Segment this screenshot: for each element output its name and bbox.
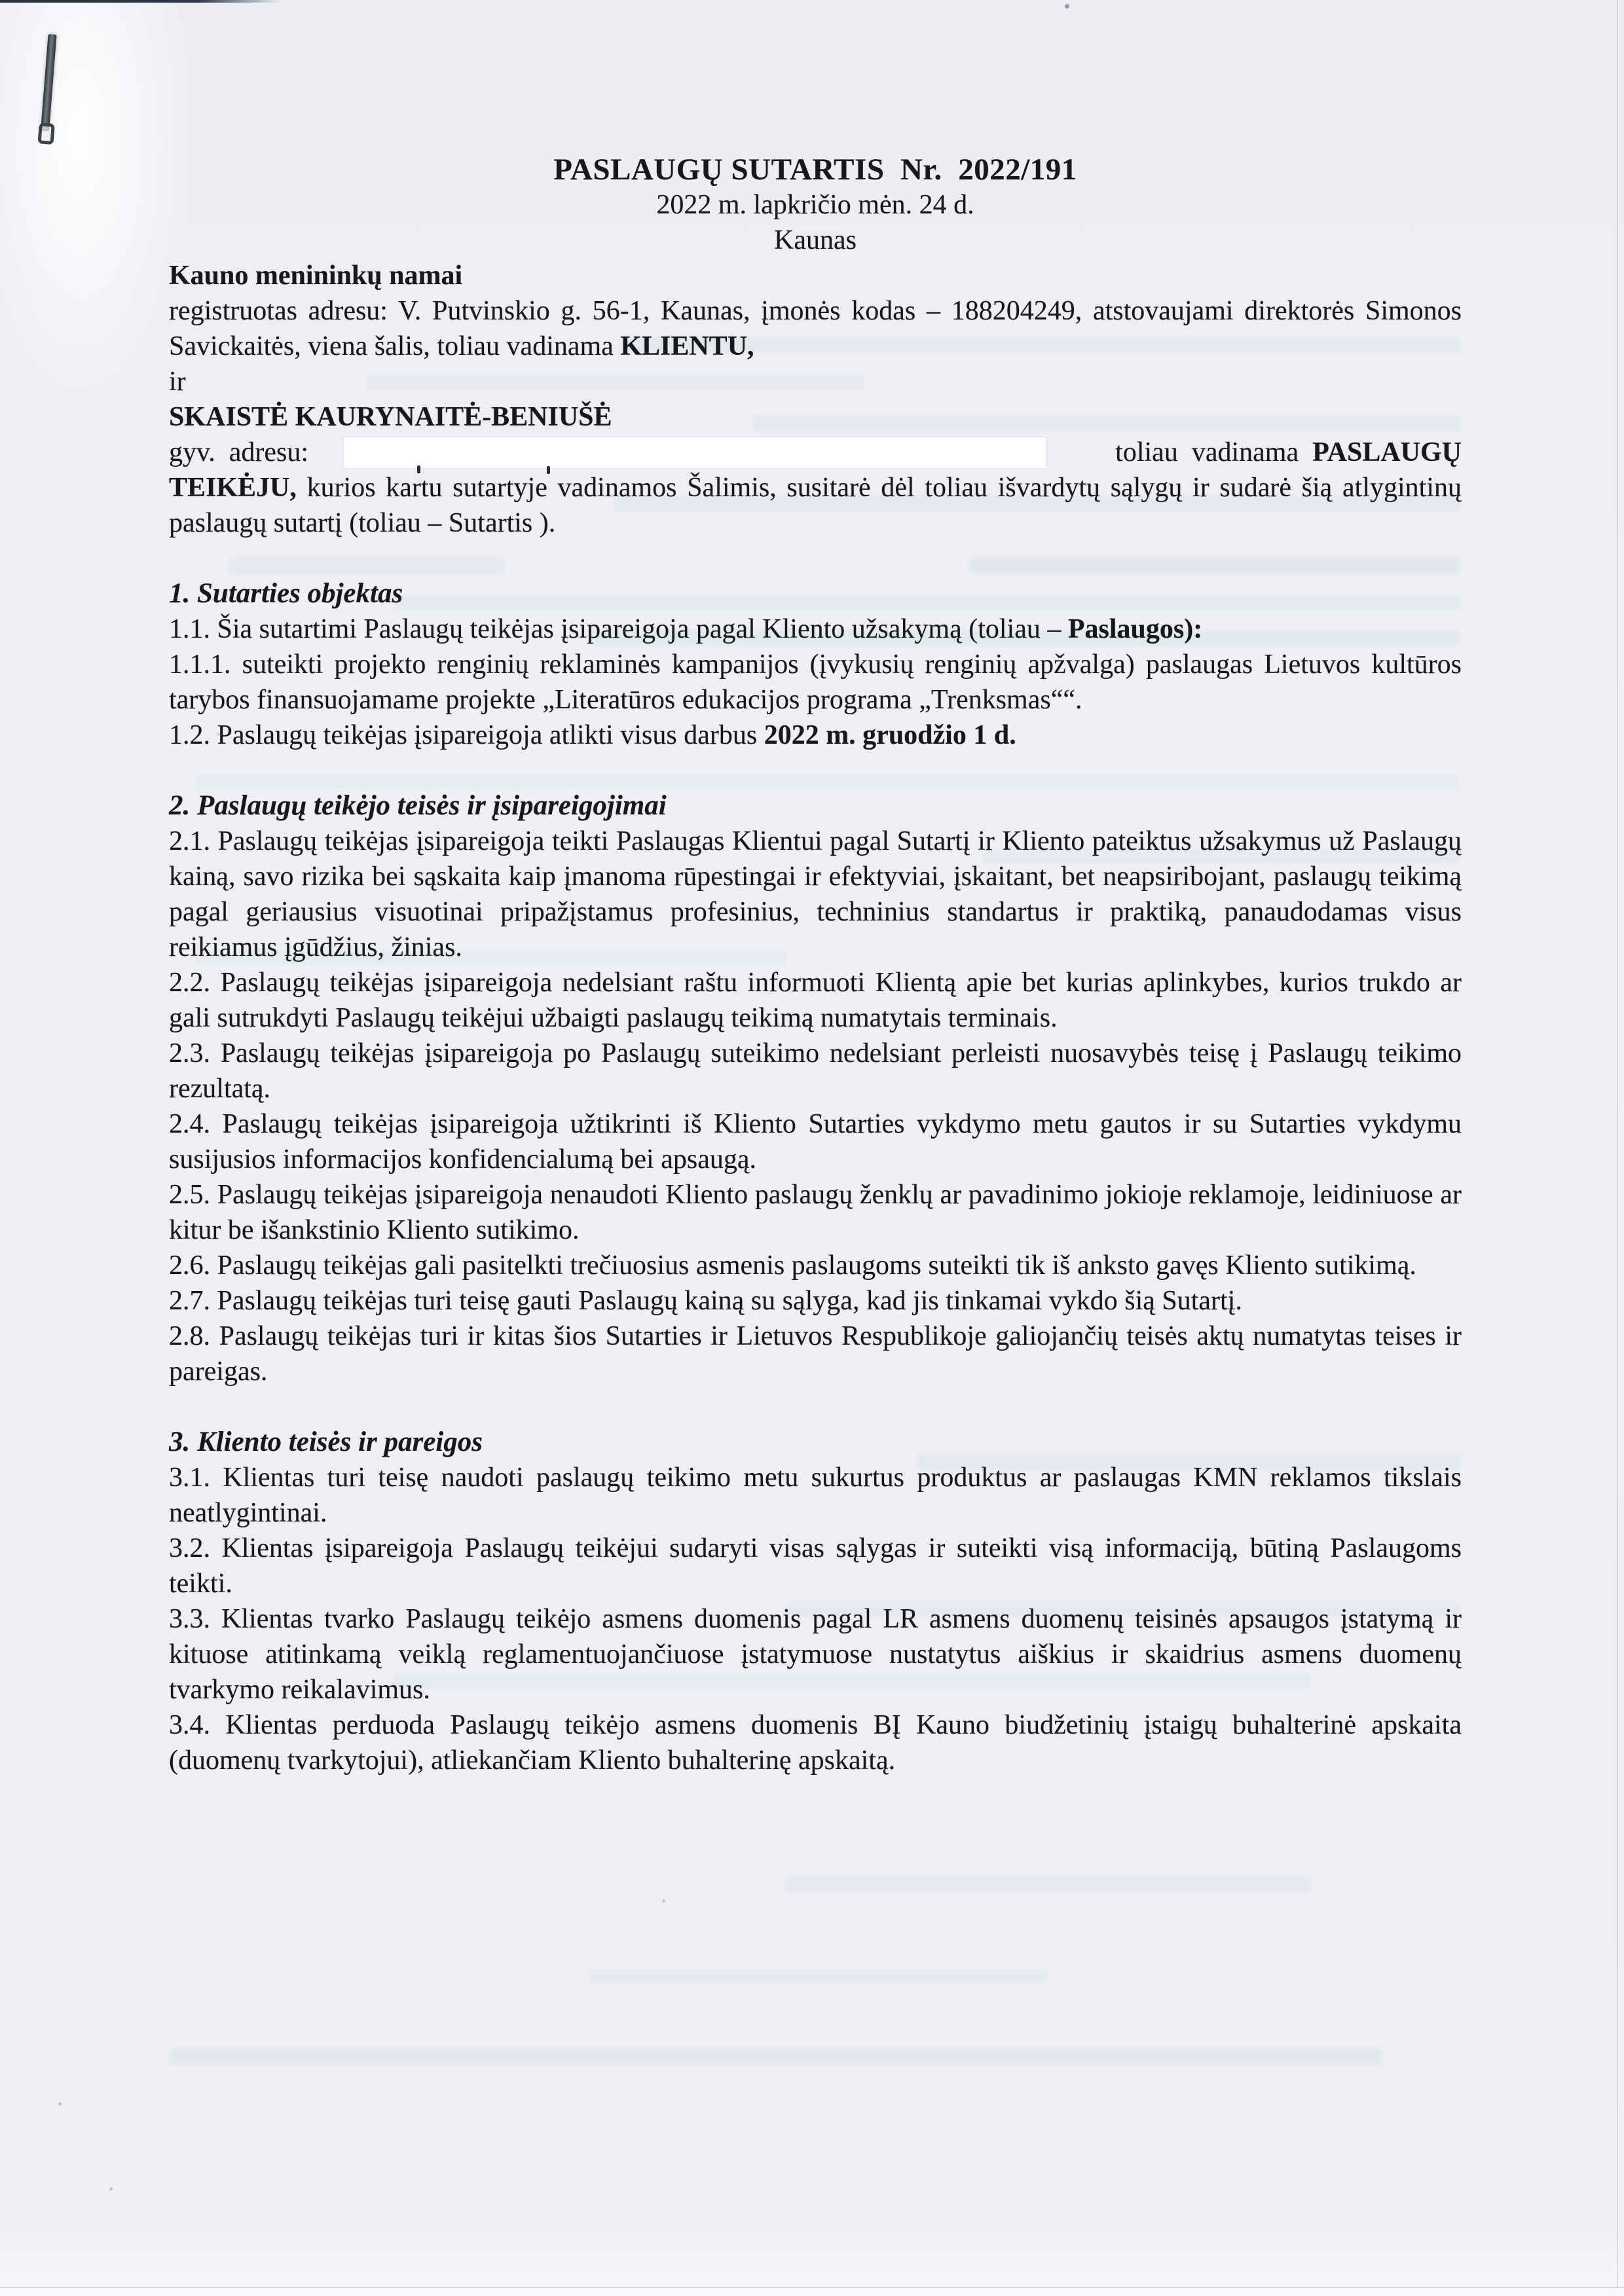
clause-2-5: 2.5. Paslaugų teikėjas įsipareigoja nena… <box>169 1177 1462 1248</box>
clause-text: 1.1.1. suteikti projekto renginių reklam… <box>169 649 1462 715</box>
clause-2-3: 2.3. Paslaugų teikėjas įsipareigoja po P… <box>169 1036 1462 1106</box>
clause-text: 1.2. Paslaugų teikėjas įsipareigoja atli… <box>169 720 764 750</box>
provider-continuation-text: kurios kartu sutartyje vadinamos Šalimis… <box>169 473 1462 538</box>
clause-2-7: 2.7. Paslaugų teikėjas turi teisę gauti … <box>169 1283 1462 1319</box>
contract-city: Kaunas <box>169 223 1462 258</box>
dust-specks <box>0 0 2 2</box>
clause-text: 3.3. Klientas tvarko Paslaugų teikėjo as… <box>169 1604 1462 1705</box>
clause-text: 3.1. Klientas turi teisę naudoti paslaug… <box>169 1463 1462 1528</box>
contract-title: PASLAUGŲ SUTARTIS Nr. 2022/191 <box>169 152 1462 187</box>
clause-1-1: 1.1. Šia sutartimi Paslaugų teikėjas įsi… <box>169 611 1462 647</box>
clause-text: 1.1. Šia sutartimi Paslaugų teikėjas įsi… <box>169 614 1068 644</box>
clause-3-2: 3.2. Klientas įsipareigoja Paslaugų teik… <box>169 1531 1462 1601</box>
clause-bold-text: 2022 m. gruodžio 1 d. <box>764 720 1016 750</box>
client-details-text: registruotas adresu: V. Putvinskio g. 56… <box>169 296 1462 361</box>
after-box-text: toliau vadinama <box>1115 437 1312 467</box>
section-1-heading: 1. Sutarties objektas <box>169 576 1462 611</box>
clause-3-1: 3.1. Klientas turi teisę naudoti paslaug… <box>169 1460 1462 1531</box>
scan-edge-top <box>0 0 282 3</box>
clause-3-4: 3.4. Klientas perduoda Paslaugų teikėjo … <box>169 1707 1462 1778</box>
redaction-glyph-remnant <box>547 466 550 474</box>
clause-text: 3.4. Klientas perduoda Paslaugų teikėjo … <box>169 1710 1462 1776</box>
clause-text: 3.2. Klientas įsipareigoja Paslaugų teik… <box>169 1533 1462 1599</box>
clause-1-2: 1.2. Paslaugų teikėjas įsipareigoja atli… <box>169 718 1462 753</box>
address-after-text: toliau vadinama PASLAUGŲ <box>1046 435 1462 470</box>
scan-edge-bottom <box>0 2287 1624 2296</box>
redaction-glyph-remnant <box>417 465 420 473</box>
clause-1-1-1: 1.1.1. suteikti projekto renginių reklam… <box>169 647 1462 718</box>
clause-text: 2.5. Paslaugų teikėjas įsipareigoja nena… <box>169 1180 1462 1245</box>
scan-edge-right <box>1617 0 1618 2296</box>
clause-2-2: 2.2. Paslaugų teikėjas įsipareigoja nede… <box>169 965 1462 1036</box>
provider-name: SKAISTĖ KAURYNAITĖ-BENIUŠĖ <box>169 399 1462 435</box>
clause-text: 2.1. Paslaugų teikėjas įsipareigoja teik… <box>169 826 1462 962</box>
clause-text: 2.4. Paslaugų teikėjas įsipareigoja užti… <box>169 1109 1462 1175</box>
provider-term-start: PASLAUGŲ <box>1312 437 1462 467</box>
clause-2-1: 2.1. Paslaugų teikėjas įsipareigoja teik… <box>169 824 1462 965</box>
provider-term-end: TEIKĖJU, <box>169 473 297 503</box>
clause-text: 2.7. Paslaugų teikėjas turi teisę gauti … <box>169 1286 1242 1316</box>
conjunction-ir: ir <box>169 364 1462 399</box>
contract-date: 2022 m. lapkričio mėn. 24 d. <box>169 187 1462 223</box>
provider-continuation: TEIKĖJU, kurios kartu sutartyje vadinamo… <box>169 470 1462 541</box>
client-term: KLIENTU, <box>620 331 754 361</box>
section-3-heading: 3. Kliento teisės ir pareigos <box>169 1425 1462 1460</box>
clause-text: 2.2. Paslaugų teikėjas įsipareigoja nede… <box>169 968 1462 1033</box>
clause-3-3: 3.3. Klientas tvarko Paslaugų teikėjo as… <box>169 1601 1462 1707</box>
client-details: registruotas adresu: V. Putvinskio g. 56… <box>169 293 1462 364</box>
provider-address-line: gyv. adresu: toliau vadinama PASLAUGŲ <box>169 435 1462 470</box>
clause-text: 2.6. Paslaugų teikėjas gali pasitelkti t… <box>169 1250 1416 1281</box>
clause-2-4: 2.4. Paslaugų teikėjas įsipareigoja užti… <box>169 1106 1462 1177</box>
clause-text: 2.8. Paslaugų teikėjas turi ir kitas šio… <box>169 1321 1462 1387</box>
redacted-address-box <box>344 437 1046 468</box>
contract-body: PASLAUGŲ SUTARTIS Nr. 2022/191 2022 m. l… <box>169 152 1462 1778</box>
scanned-contract-page: PASLAUGŲ SUTARTIS Nr. 2022/191 2022 m. l… <box>0 0 1624 2296</box>
clause-bold-text: Paslaugos): <box>1068 614 1202 644</box>
clause-text: 2.3. Paslaugų teikėjas įsipareigoja po P… <box>169 1038 1462 1104</box>
clause-2-8: 2.8. Paslaugų teikėjas turi ir kitas šio… <box>169 1319 1462 1389</box>
address-label: gyv. adresu: <box>169 435 308 470</box>
section-2-heading: 2. Paslaugų teikėjo teisės ir įsipareigo… <box>169 788 1462 824</box>
clause-2-6: 2.6. Paslaugų teikėjas gali pasitelkti t… <box>169 1248 1462 1283</box>
client-name: Kauno menininkų namai <box>169 258 1462 293</box>
